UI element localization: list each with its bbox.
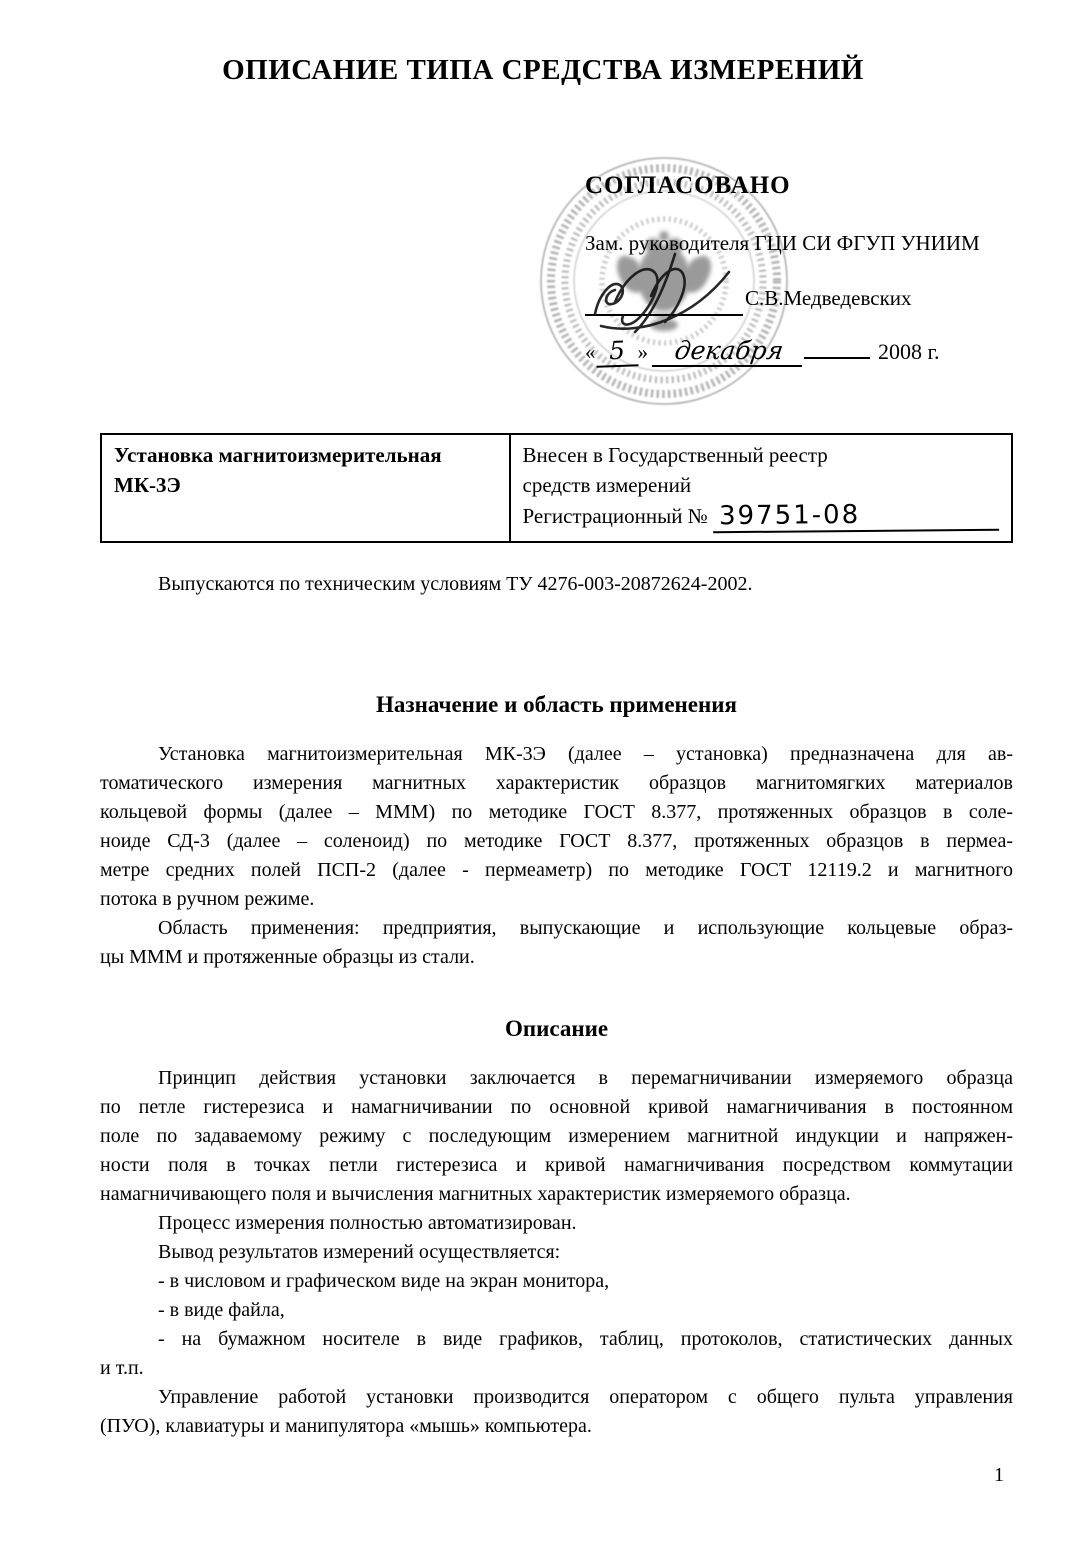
text-line: Процесс измерения полностью автоматизиро… [100,1209,1013,1238]
registration-number-row: Регистрационный № 39751-08 [523,500,1000,532]
section-heading: Назначение и область применения [100,692,1013,718]
date-underline [804,357,870,359]
date-month: декабря [652,336,806,367]
registration-label: Регистрационный № [523,504,708,528]
section-description: Описание Принцип действия установки закл… [0,1016,1086,1441]
text-line: Установка магнитоизмерительная МК-3Э (да… [100,740,1013,769]
text-line: томатического измерения магнитных характ… [100,769,1013,798]
approval-block: СОГЛАСОВАНО Зам. руководителя ГЦИ СИ ФГУ… [585,172,1030,367]
page-number: 1 [994,1464,1004,1487]
approval-status: СОГЛАСОВАНО [585,172,1030,200]
section-purpose: Назначение и область применения Установк… [0,692,1086,972]
text-line: Вывод результатов измерений осуществляет… [100,1238,1013,1267]
text-line: ноиде СД-3 (далее – соленоид) по методик… [100,827,1013,856]
table-row: Установка магнитоизмерительная МК-3Э Вне… [101,434,1012,542]
registry-info-cell: Внесен в Государственный реестр средств … [510,434,1013,542]
section-body: Установка магнитоизмерительная МК-3Э (да… [100,740,1013,972]
text-line: - на бумажном носителе в виде графиков, … [100,1325,1013,1354]
instrument-name-line1: Установка магнитоизмерительная [114,440,497,470]
text-line: кольцевой формы (далее – МММ) по методик… [100,798,1013,827]
date-year: 2008 г. [878,339,940,364]
section-heading: Описание [100,1016,1013,1042]
signature-icon [567,238,787,342]
text-line: - в числовом и графическом виде на экран… [100,1267,1013,1296]
registry-table: Установка магнитоизмерительная МК-3Э Вне… [100,433,1013,543]
registry-line1: Внесен в Государственный реестр [523,440,1000,470]
date-open-quote: « [585,340,596,364]
text-line: намагничивающего поля и вычисления магни… [100,1180,1013,1209]
page-title: ОПИСАНИЕ ТИПА СРЕДСТВА ИЗМЕРЕНИЙ [0,0,1086,87]
text-line: ности поля в точках петли гистерезиса и … [100,1151,1013,1180]
text-line: метре средних полей ПСП-2 (далее - перме… [100,856,1013,885]
date-day: 5 [595,335,638,367]
text-line: и т.п. [100,1354,1013,1383]
text-line: Принцип действия установки заключается в… [100,1064,1013,1093]
text-line: поле по задаваемому режиму с последующим… [100,1122,1013,1151]
approval-date: «5»декабря2008 г. [585,336,1030,367]
instrument-name-cell: Установка магнитоизмерительная МК-3Э [101,434,510,542]
text-line: цы МММ и протяженные образцы из стали. [100,943,1013,972]
document-page: ОПИСАНИЕ ТИПА СРЕДСТВА ИЗМЕРЕНИЙ [0,0,1086,1560]
registry-line2: средств измерений [523,470,1000,500]
text-line: потока в ручном режиме. [100,885,1013,914]
text-line: Область применения: предприятия, выпуска… [100,914,1013,943]
text-line: по петле гистерезиса и намагничивании по… [100,1093,1013,1122]
section-body: Принцип действия установки заключается в… [100,1064,1013,1441]
text-line: (ПУО), клавиатуры и манипулятора «мышь» … [100,1412,1013,1441]
text-line: Управление работой установки производитс… [100,1383,1013,1412]
instrument-name-line2: МК-3Э [114,470,497,500]
signature-row: С.В.Медведевских [585,272,1030,324]
registration-number: 39751-08 [713,499,999,533]
manufacturing-note: Выпускаются по техническим условиям ТУ 4… [100,573,1013,596]
date-close-quote: » [638,340,649,364]
text-line: - в виде файла, [100,1296,1013,1325]
